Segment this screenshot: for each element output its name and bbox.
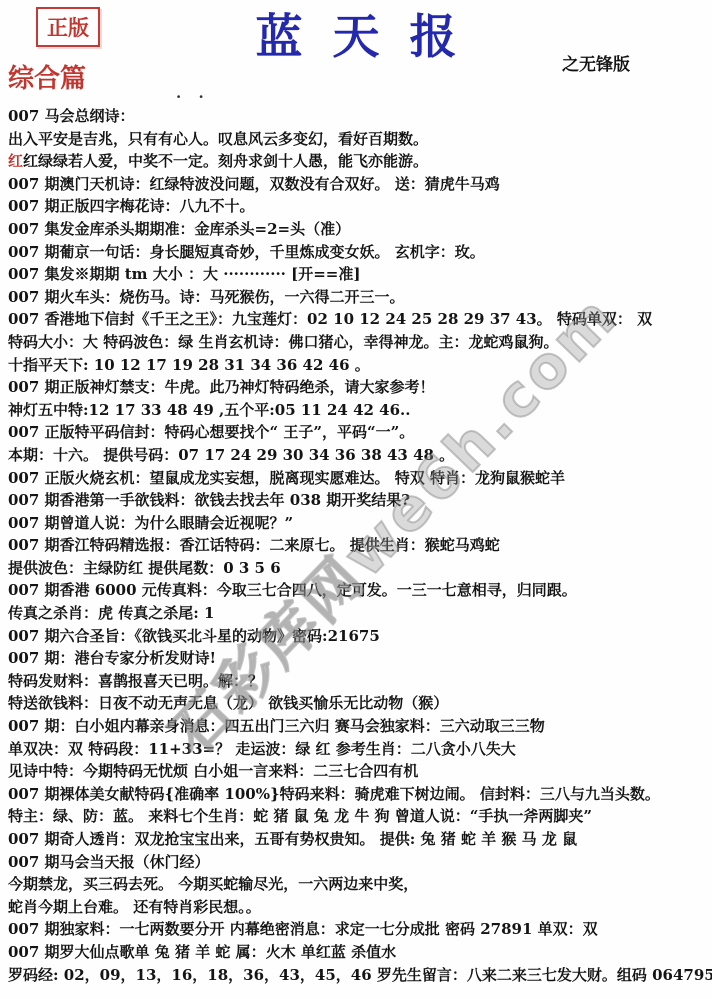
text-line: 罗码经: 02，09，13，16，18，36，43，45，46 罗先生留言：八来… [8, 964, 710, 987]
text-line: 007 期香江特码精选报：香江话特码：二来原七。 提供生肖：猴蛇马鸡蛇 [8, 534, 710, 557]
text-line: 007 集发※期期 tm 大小 ：大 ············ [开==准] [8, 263, 710, 286]
text-line: 007 期裸体美女献特码{准确率 100%}特码来料：骑虎难下树边闹。 信封料：… [8, 783, 710, 806]
text-line: 007 期澳门天机诗：红绿特波没问题，双数没有合双好。 送：猜虎牛马鸡 [8, 173, 710, 196]
text-line: 007 期马会当天报（休门经） [8, 851, 710, 874]
text-line: 007 期独家料：一七两数要分开 内幕绝密消息：求定一七分成批 密码 27891… [8, 918, 710, 941]
text-line: 007 香港地下信封《千王之王》：九宝莲灯：02 10 12 24 25 28 … [8, 308, 710, 331]
text-line: 007 期六合圣旨：《欲钱买北斗星的动物》密码:21675 [8, 625, 710, 648]
text-line: 007 马会总纲诗： [8, 105, 710, 128]
body-lines: 007 马会总纲诗：出入平安是吉兆，只有有心人。叹息风云多变幻，看好百期数。红红… [8, 105, 710, 986]
text-line: 传真之杀肖：虎 传真之杀尾: 1 [8, 602, 710, 625]
text-line: 十指平天下: 10 12 17 19 28 31 34 36 42 46 。 [8, 354, 710, 377]
text-line: 今期禁龙，买三码去死。 今期买蛇输尽光，一六两边来中奖， [8, 873, 710, 896]
text-line: 特码大小：大 特码波色：绿 生肖玄机诗：佛口猪心，幸得神龙。主：龙蛇鸡鼠狗。 [8, 331, 710, 354]
decorative-dots: · · [176, 88, 210, 106]
newspaper-page: 正版 蓝天报 之无锋版 综合篇 · · 007 马会总纲诗：出入平安是吉兆，只有… [0, 0, 712, 999]
text-line: 本期：十六。 提供号码：07 17 24 29 30 34 36 38 43 4… [8, 444, 710, 467]
text-line: 特码发财料：喜鹊报喜天已明。解：？ [8, 670, 710, 693]
text-line: 见诗中特：今期特码无忧烦 白小姐一言来料：二三七合四有机 [8, 760, 710, 783]
text-line: 007 正版火烧玄机：望鼠成龙实妄想，脱离现实愿难达。 特双 特肖：龙狗鼠猴蛇羊 [8, 467, 710, 490]
text-line: 特送欲钱料：日夜不动无声无息（龙） 欲钱买愉乐无比动物（猴） [8, 692, 710, 715]
text-line: 红红绿绿若人爱，中奖不一定。刻舟求剑十人愚，能飞亦能游。 [8, 150, 710, 173]
text-line: 特主：绿、防：蓝。 来料七个生肖：蛇 猪 鼠 兔 龙 牛 狗 曾道人说：“手执一… [8, 805, 710, 828]
text-line: 007 期正版神灯禁支：牛虎。此乃神灯特码绝杀，请大家参考！ [8, 376, 710, 399]
text-line: 007 期香港 6000 元传真料：今取三七合四八，定可发。一三一七意相寻，归同… [8, 579, 710, 602]
text-line: 007 期曾道人说：为什么眼睛会近视呢？” [8, 512, 710, 535]
red-character: 红 [8, 152, 23, 170]
text-line: 007 正版特平码信封：特码心想要找个“ 王子”，平码“一”。 [8, 421, 710, 444]
text-line: 蛇肖今期上台难。 还有特肖彩民想。。 [8, 896, 710, 919]
text-line: 007 期正版四字梅花诗：八九不十。 [8, 195, 710, 218]
text-line: 神灯五中特:12 17 33 48 49 ,五个平:05 11 24 42 46… [8, 399, 710, 422]
text-line: 007 期香港第一手欲钱料：欲钱去找去年 038 期开奖结果? [8, 489, 710, 512]
text-line: 007 期：港台专家分析发财诗! [8, 647, 710, 670]
text-line: 007 期葡京一句话：身长腿短真奇妙，千里炼成变女妖。 玄机字：玫。 [8, 241, 710, 264]
text-line: 007 期：白小姐内幕亲身消息：四五出门三六归 赛马会独家料：三六动取三三物 [8, 715, 710, 738]
text-line: 出入平安是吉兆，只有有心人。叹息风云多变幻，看好百期数。 [8, 128, 710, 151]
text-line: 单双决：双 特码段：11+33=？ 走运波：绿 红 参考生肖：二八贪小八失大 [8, 738, 710, 761]
text-line: 007 期奇人透肖：双龙抢宝宝出来，五哥有势权贵知。 提供: 兔 猪 蛇 羊 猴… [8, 828, 710, 851]
edition-label: 之无锋版 [562, 50, 630, 75]
text-line: 提供波色：主绿防红 提供尾数：0 3 5 6 [8, 557, 710, 580]
text-line: 007 期罗大仙点歌单 兔 猪 羊 蛇 属：火木 单红蓝 杀值水 [8, 941, 710, 964]
section-heading: 综合篇 [8, 58, 86, 95]
text-line: 007 期火车头：烧伤马。诗：马死猴伤，一六得二开三一。 [8, 286, 710, 309]
text-line: 007 集发金库杀头期期准：金库杀头=2=头（准） [8, 218, 710, 241]
